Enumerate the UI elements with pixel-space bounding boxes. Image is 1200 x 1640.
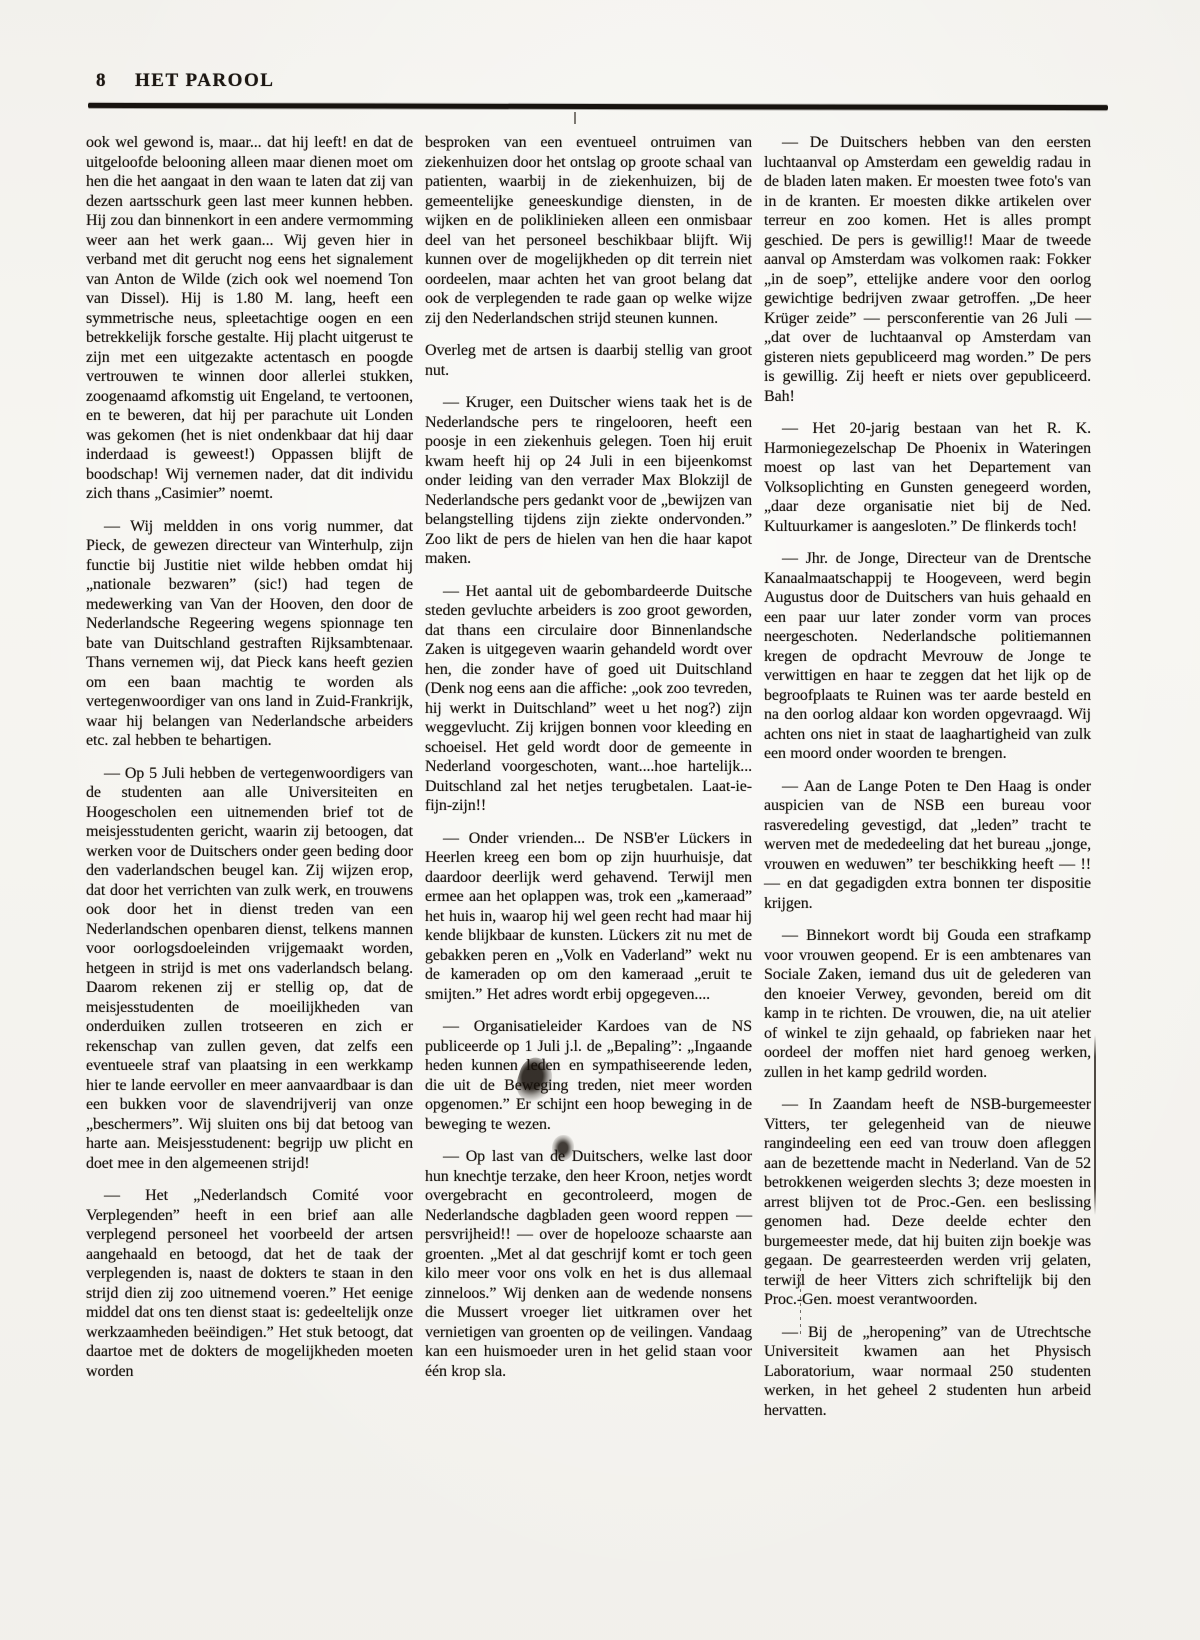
paragraph: — Het 20-jarig bestaan van het R. K. Har… <box>764 419 1091 536</box>
paragraph: — Wij meldden in ons vorig nummer, dat P… <box>86 517 413 751</box>
paragraph: — Op last van de Duitschers, welke last … <box>425 1147 752 1381</box>
paragraph: Overleg met de artsen is daarbij stellig… <box>425 341 752 380</box>
column-2: besproken van een eventueel ontruimen va… <box>425 133 752 1433</box>
paragraph: — Bij de „heropening” van de Utrechtsche… <box>764 1323 1091 1421</box>
paragraph: besproken van een eventueel ontruimen va… <box>425 133 752 328</box>
page-number: 8 <box>96 70 107 91</box>
scan-line-artifact <box>1094 1035 1096 1215</box>
paragraph: — De Duitschers hebben van den eersten l… <box>764 133 1091 406</box>
header-rule <box>88 103 1108 110</box>
column-1: ook wel gewond is, maar... dat hij leeft… <box>86 133 413 1433</box>
paragraph: — Aan de Lange Poten te Den Haag is onde… <box>764 777 1091 914</box>
paragraph: — Het „Nederlandsch Comité voor Verplege… <box>86 1186 413 1381</box>
paragraph: — Organisatieleider Kardoes van de NS pu… <box>425 1017 752 1134</box>
page-header: 8HET PAROOL <box>96 70 274 92</box>
paragraph: — Op 5 Juli hebben de vertegenwoordigers… <box>86 764 413 1174</box>
paragraph: — Het aantal uit de gebombardeerde Duits… <box>425 582 752 816</box>
newspaper-page: 8HET PAROOL ook wel gewond is, maar... d… <box>0 0 1200 1640</box>
article-columns: ook wel gewond is, maar... dat hij leeft… <box>86 133 1090 1433</box>
paragraph: — Onder vrienden... De NSB'er Lückers in… <box>425 829 752 1005</box>
column-3: — De Duitschers hebben van den eersten l… <box>764 133 1091 1433</box>
scan-tick-artifact <box>574 112 576 124</box>
paragraph: ook wel gewond is, maar... dat hij leeft… <box>86 133 413 504</box>
paragraph: — Jhr. de Jonge, Directeur van de Drents… <box>764 549 1091 764</box>
masthead-title: HET PAROOL <box>135 70 274 91</box>
paragraph: — In Zaandam heeft de NSB-burgemeester V… <box>764 1095 1091 1310</box>
paragraph: — Kruger, een Duitscher wiens taak het i… <box>425 393 752 569</box>
paragraph: — Binnekort wordt bij Gouda een strafkam… <box>764 926 1091 1082</box>
